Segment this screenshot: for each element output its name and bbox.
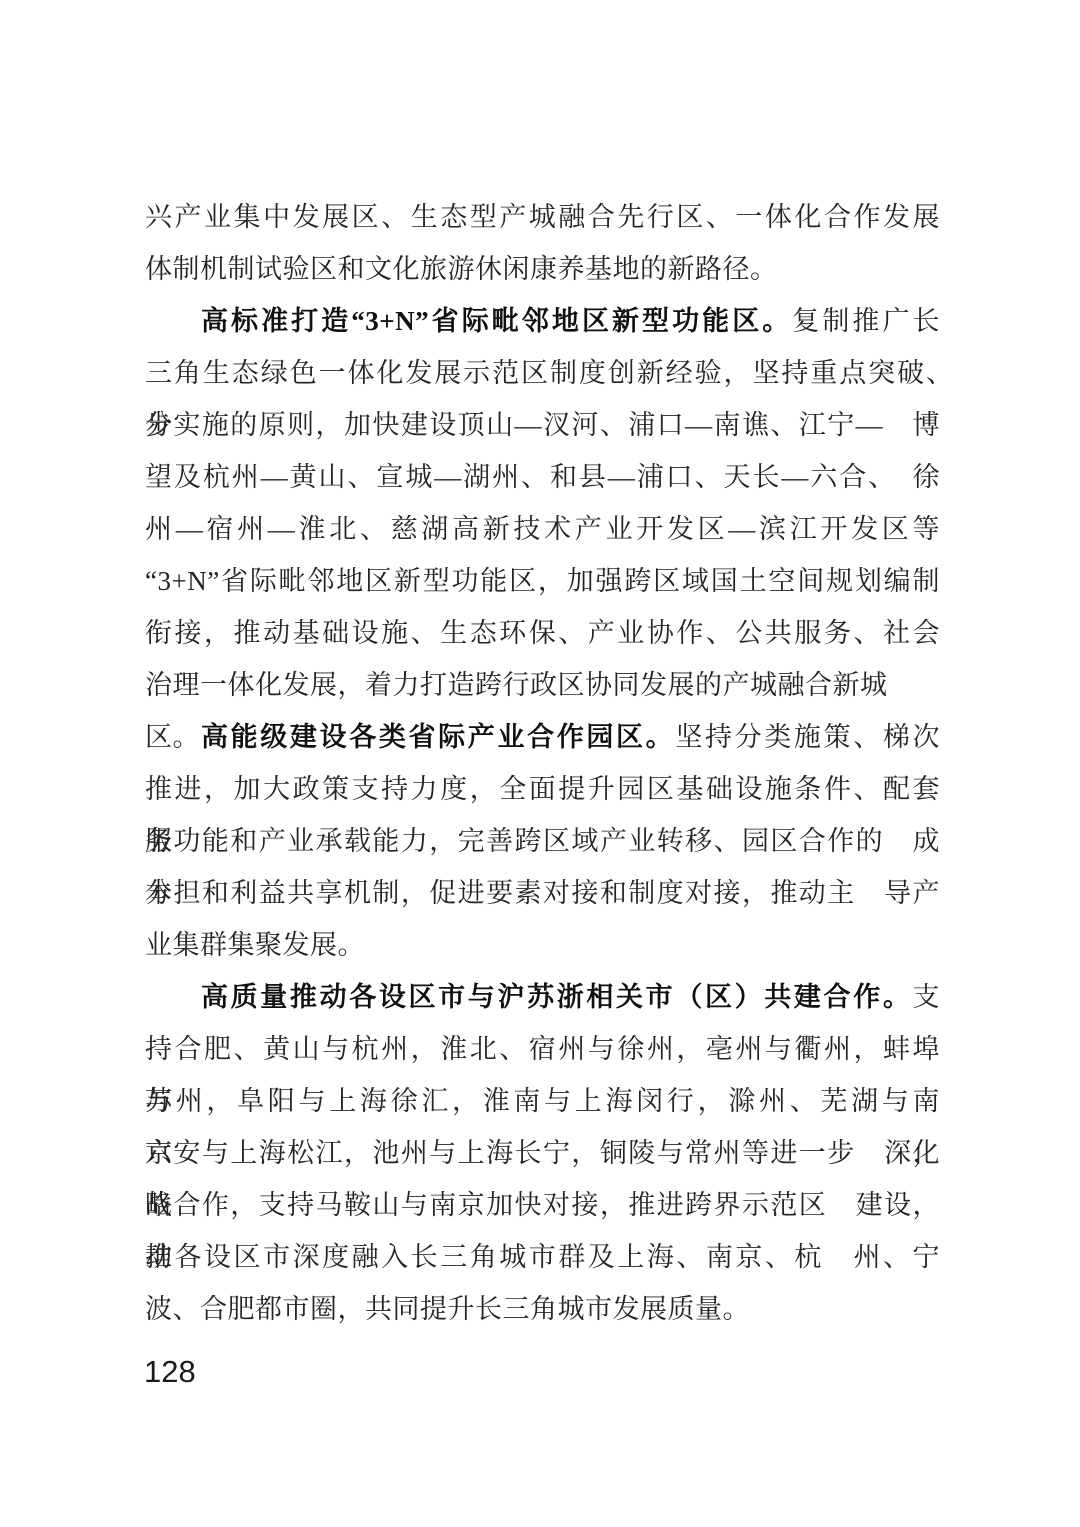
text-line: 兴产业集中发展区、生态型产城融合先行区、一体化合作发展 (145, 191, 940, 243)
heading-segment: 高标准打造“3+N”省际毗邻地区新型功能区。 (201, 306, 792, 336)
text-segment: 业集群集聚发展。 (145, 930, 365, 960)
paragraph: 高标准打造“3+N”省际毗邻地区新型功能区。复制推广长三角生态绿色一体化发展示范… (145, 295, 940, 711)
text-line: 高能级建设各类省际产业合作园区。坚持分类施策、梯次 (145, 711, 940, 763)
text-line: 高质量推动各设区市与沪苏浙相关市（区）共建合作。支 (145, 971, 940, 1023)
text-line: 六安与上海松江，池州与上海长宁，铜陵与常州等进一步 深化战 (145, 1127, 940, 1179)
text-line: 苏州，阜阳与上海徐汇，淮南与上海闵行，滁州、芜湖与南 京， (145, 1075, 940, 1127)
text-line: 治理一体化发展，着力打造跨行政区协同发展的产城融合新城区。 (145, 659, 940, 711)
text-segment: 衔接，推动基础设施、生态环保、产业协作、公共服务、社会 (145, 618, 940, 648)
text-line: 望及杭州—黄山、宣城—湖州、和县—浦口、天长—六合、 徐 (145, 451, 940, 503)
text-line: 业集群集聚发展。 (145, 919, 940, 971)
document-page: 兴产业集中发展区、生态型产城融合先行区、一体化合作发展体制机制试验区和文化旅游休… (0, 0, 1080, 1527)
text-line: 略合作，支持马鞍山与南京加快对接，推进跨界示范区 建设，推 (145, 1179, 940, 1231)
heading-segment: 高质量推动各设区市与沪苏浙相关市（区）共建合作。 (201, 982, 913, 1012)
text-line: 波、合肥都市圈，共同提升长三角城市发展质量。 (145, 1283, 940, 1335)
text-segment: 步实施的原则，加快建设顶山—汊河、浦口—南谯、江宁— 博 (145, 410, 940, 440)
text-line: 州—宿州—淮北、慈湖高新技术产业开发区—滨江开发区等 (145, 503, 940, 555)
text-segment: 支 (913, 982, 941, 1012)
text-line: 动各设区市深度融入长三角城市群及上海、南京、杭 州、宁 (145, 1231, 940, 1283)
text-segment: 望及杭州—黄山、宣城—湖州、和县—浦口、天长—六合、 徐 (145, 462, 940, 492)
text-segment: “3+N”省际毗邻地区新型功能区，加强跨区域国土空间规划编制 (145, 566, 940, 596)
text-line: “3+N”省际毗邻地区新型功能区，加强跨区域国土空间规划编制 (145, 555, 940, 607)
text-line: 推进，加大政策支持力度，全面提升园区基础设施条件、配套 服 (145, 763, 940, 815)
paragraph: 兴产业集中发展区、生态型产城融合先行区、一体化合作发展体制机制试验区和文化旅游休… (145, 191, 940, 295)
text-segment: 体制机制试验区和文化旅游休闲康养基地的新路径。 (145, 254, 778, 284)
text-line: 体制机制试验区和文化旅游休闲康养基地的新路径。 (145, 243, 940, 295)
text-segment: 波、合肥都市圈，共同提升长三角城市发展质量。 (145, 1294, 750, 1324)
text-line: 持合肥、黄山与杭州，淮北、宿州与徐州，亳州与衢州，蚌埠 与 (145, 1023, 940, 1075)
text-segment: 兴产业集中发展区、生态型产城融合先行区、一体化合作发展 (145, 202, 940, 232)
paragraph: 高能级建设各类省际产业合作园区。坚持分类施策、梯次推进，加大政策支持力度，全面提… (145, 711, 940, 971)
page-number: 128 (144, 1352, 196, 1392)
text-line: 高标准打造“3+N”省际毗邻地区新型功能区。复制推广长 (145, 295, 940, 347)
text-segment: 坚持分类施策、梯次 (675, 722, 940, 752)
text-line: 衔接，推动基础设施、生态环保、产业协作、公共服务、社会 (145, 607, 940, 659)
text-segment: 分担和利益共享机制，促进要素对接和制度对接，推动主 导产 (145, 878, 940, 908)
text-segment: 州—宿州—淮北、慈湖高新技术产业开发区—滨江开发区等 (145, 514, 940, 544)
heading-segment: 高能级建设各类省际产业合作园区。 (201, 722, 675, 752)
text-line: 务功能和产业承载能力，完善跨区域产业转移、园区合作的 成本 (145, 815, 940, 867)
text-segment: 复制推广长 (792, 306, 940, 336)
text-body: 兴产业集中发展区、生态型产城融合先行区、一体化合作发展体制机制试验区和文化旅游休… (145, 191, 940, 1335)
text-line: 三角生态绿色一体化发展示范区制度创新经验，坚持重点突破、 分 (145, 347, 940, 399)
text-line: 步实施的原则，加快建设顶山—汊河、浦口—南谯、江宁— 博 (145, 399, 940, 451)
text-line: 分担和利益共享机制，促进要素对接和制度对接，推动主 导产 (145, 867, 940, 919)
text-segment: 动各设区市深度融入长三角城市群及上海、南京、杭 州、宁 (145, 1242, 940, 1272)
paragraph: 高质量推动各设区市与沪苏浙相关市（区）共建合作。支持合肥、黄山与杭州，淮北、宿州… (145, 971, 940, 1335)
